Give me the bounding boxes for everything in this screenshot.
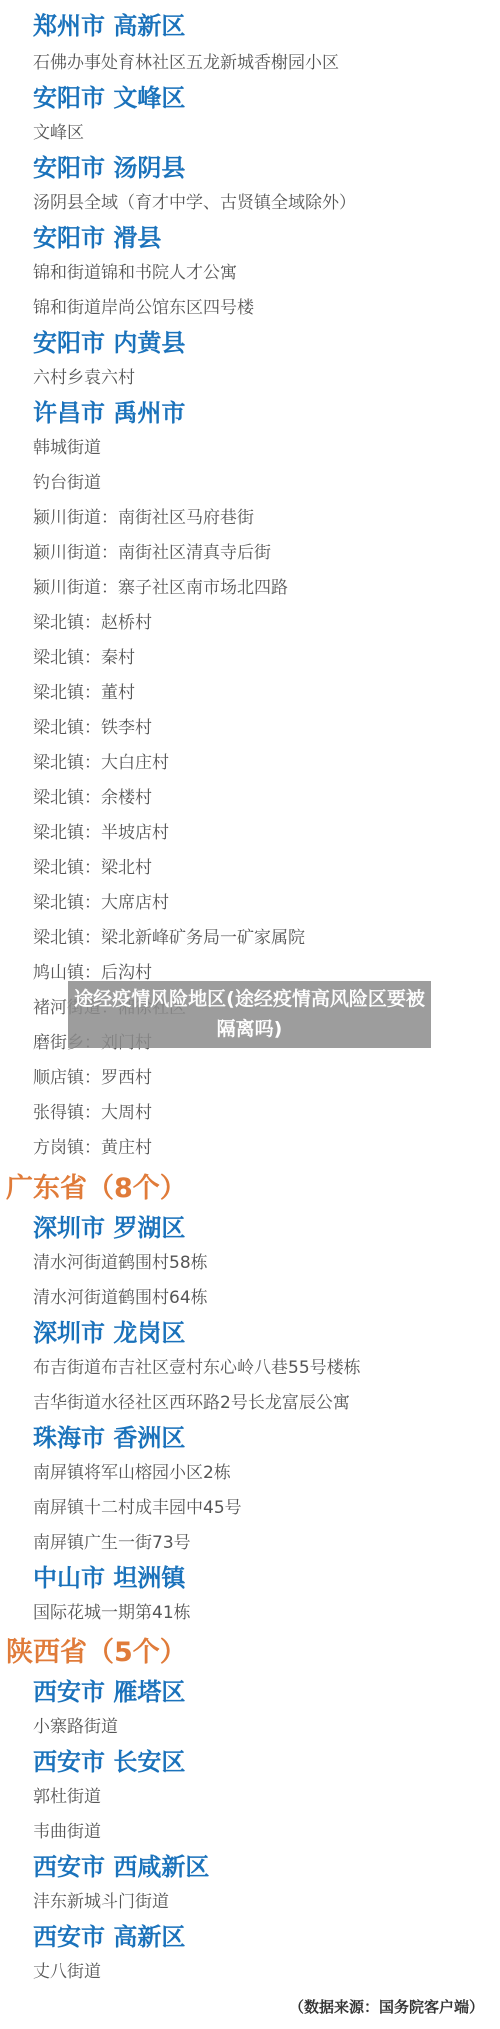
address-item: 钓台街道 [33, 468, 101, 493]
address-item: 南屏镇十二村成丰园中45号 [33, 1493, 242, 1518]
address-item: 锦和街道锦和书院人才公寓 [33, 258, 237, 283]
overlay-title: 途经疫情风险地区(途经疫情高风险区要被隔离吗) [74, 988, 425, 1040]
address-item: 小寨路街道 [33, 1712, 118, 1737]
data-source-note: （数据来源：国务院客户端） [289, 1996, 484, 2017]
address-item: 张得镇：大周村 [33, 1098, 152, 1123]
address-item: 文峰区 [33, 118, 84, 143]
address-item: 梁北镇：赵桥村 [33, 608, 152, 633]
city-district-heading: 西安市 高新区 [33, 1917, 185, 1952]
address-item: 布吉街道布吉社区壹村东心岭八巷55号楼栋 [33, 1353, 361, 1378]
city-district-heading: 西安市 雁塔区 [33, 1672, 185, 1707]
address-item: 国际花城一期第41栋 [33, 1598, 191, 1623]
city-district-heading: 安阳市 滑县 [33, 218, 161, 253]
city-district-heading: 深圳市 龙岗区 [33, 1313, 185, 1348]
address-item: 颍川街道：南街社区清真寺后街 [33, 538, 271, 563]
address-item: 梁北镇：梁北新峰矿务局一矿家属院 [33, 923, 305, 948]
city-district-heading: 珠海市 香洲区 [33, 1418, 185, 1453]
address-item: 沣东新城斗门街道 [33, 1887, 169, 1912]
address-item: 石佛办事处育林社区五龙新城香榭园小区 [33, 48, 339, 73]
address-item: 顺店镇：罗西村 [33, 1063, 152, 1088]
province-heading: 陕西省（5个） [6, 1630, 187, 1669]
address-item: 梁北镇：秦村 [33, 643, 135, 668]
city-district-heading: 许昌市 禹州市 [33, 393, 185, 428]
province-heading: 广东省（8个） [6, 1166, 187, 1205]
address-item: 梁北镇：余楼村 [33, 783, 152, 808]
city-district-heading: 安阳市 汤阴县 [33, 148, 185, 183]
city-district-heading: 中山市 坦洲镇 [33, 1558, 185, 1593]
address-item: 韦曲街道 [33, 1817, 101, 1842]
city-district-heading: 西安市 西咸新区 [33, 1847, 209, 1882]
city-district-heading: 西安市 长安区 [33, 1742, 185, 1777]
address-item: 方岗镇：黄庄村 [33, 1133, 152, 1158]
address-item: 清水河街道鹤围村64栋 [33, 1283, 208, 1308]
address-item: 郭杜街道 [33, 1782, 101, 1807]
article-title-overlay: 途经疫情风险地区(途经疫情高风险区要被隔离吗) [68, 981, 431, 1048]
address-item: 梁北镇：铁李村 [33, 713, 152, 738]
address-item: 丈八街道 [33, 1957, 101, 1982]
address-item: 南屏镇将军山榕园小区2栋 [33, 1458, 231, 1483]
address-item: 梁北镇：大白庄村 [33, 748, 169, 773]
address-item: 梁北镇：大席店村 [33, 888, 169, 913]
address-item: 梁北镇：董村 [33, 678, 135, 703]
address-item: 颍川街道：南街社区马府巷街 [33, 503, 254, 528]
address-item: 南屏镇广生一街73号 [33, 1528, 191, 1553]
city-district-heading: 安阳市 文峰区 [33, 78, 185, 113]
city-district-heading: 郑州市 高新区 [33, 6, 185, 41]
address-item: 汤阴县全域（育才中学、古贤镇全域除外） [33, 188, 356, 213]
address-item: 梁北镇：半坡店村 [33, 818, 169, 843]
address-item: 梁北镇：梁北村 [33, 853, 152, 878]
address-item: 清水河街道鹤围村58栋 [33, 1248, 208, 1273]
address-item: 吉华街道水径社区西环路2号长龙富辰公寓 [33, 1388, 350, 1413]
address-item: 颍川街道：寨子社区南市场北四路 [33, 573, 288, 598]
city-district-heading: 安阳市 内黄县 [33, 323, 185, 358]
address-item: 六村乡袁六村 [33, 363, 135, 388]
address-item: 鸠山镇：后沟村 [33, 958, 152, 983]
address-item: 锦和街道岸尚公馆东区四号楼 [33, 293, 254, 318]
address-item: 韩城街道 [33, 433, 101, 458]
city-district-heading: 深圳市 罗湖区 [33, 1208, 185, 1243]
